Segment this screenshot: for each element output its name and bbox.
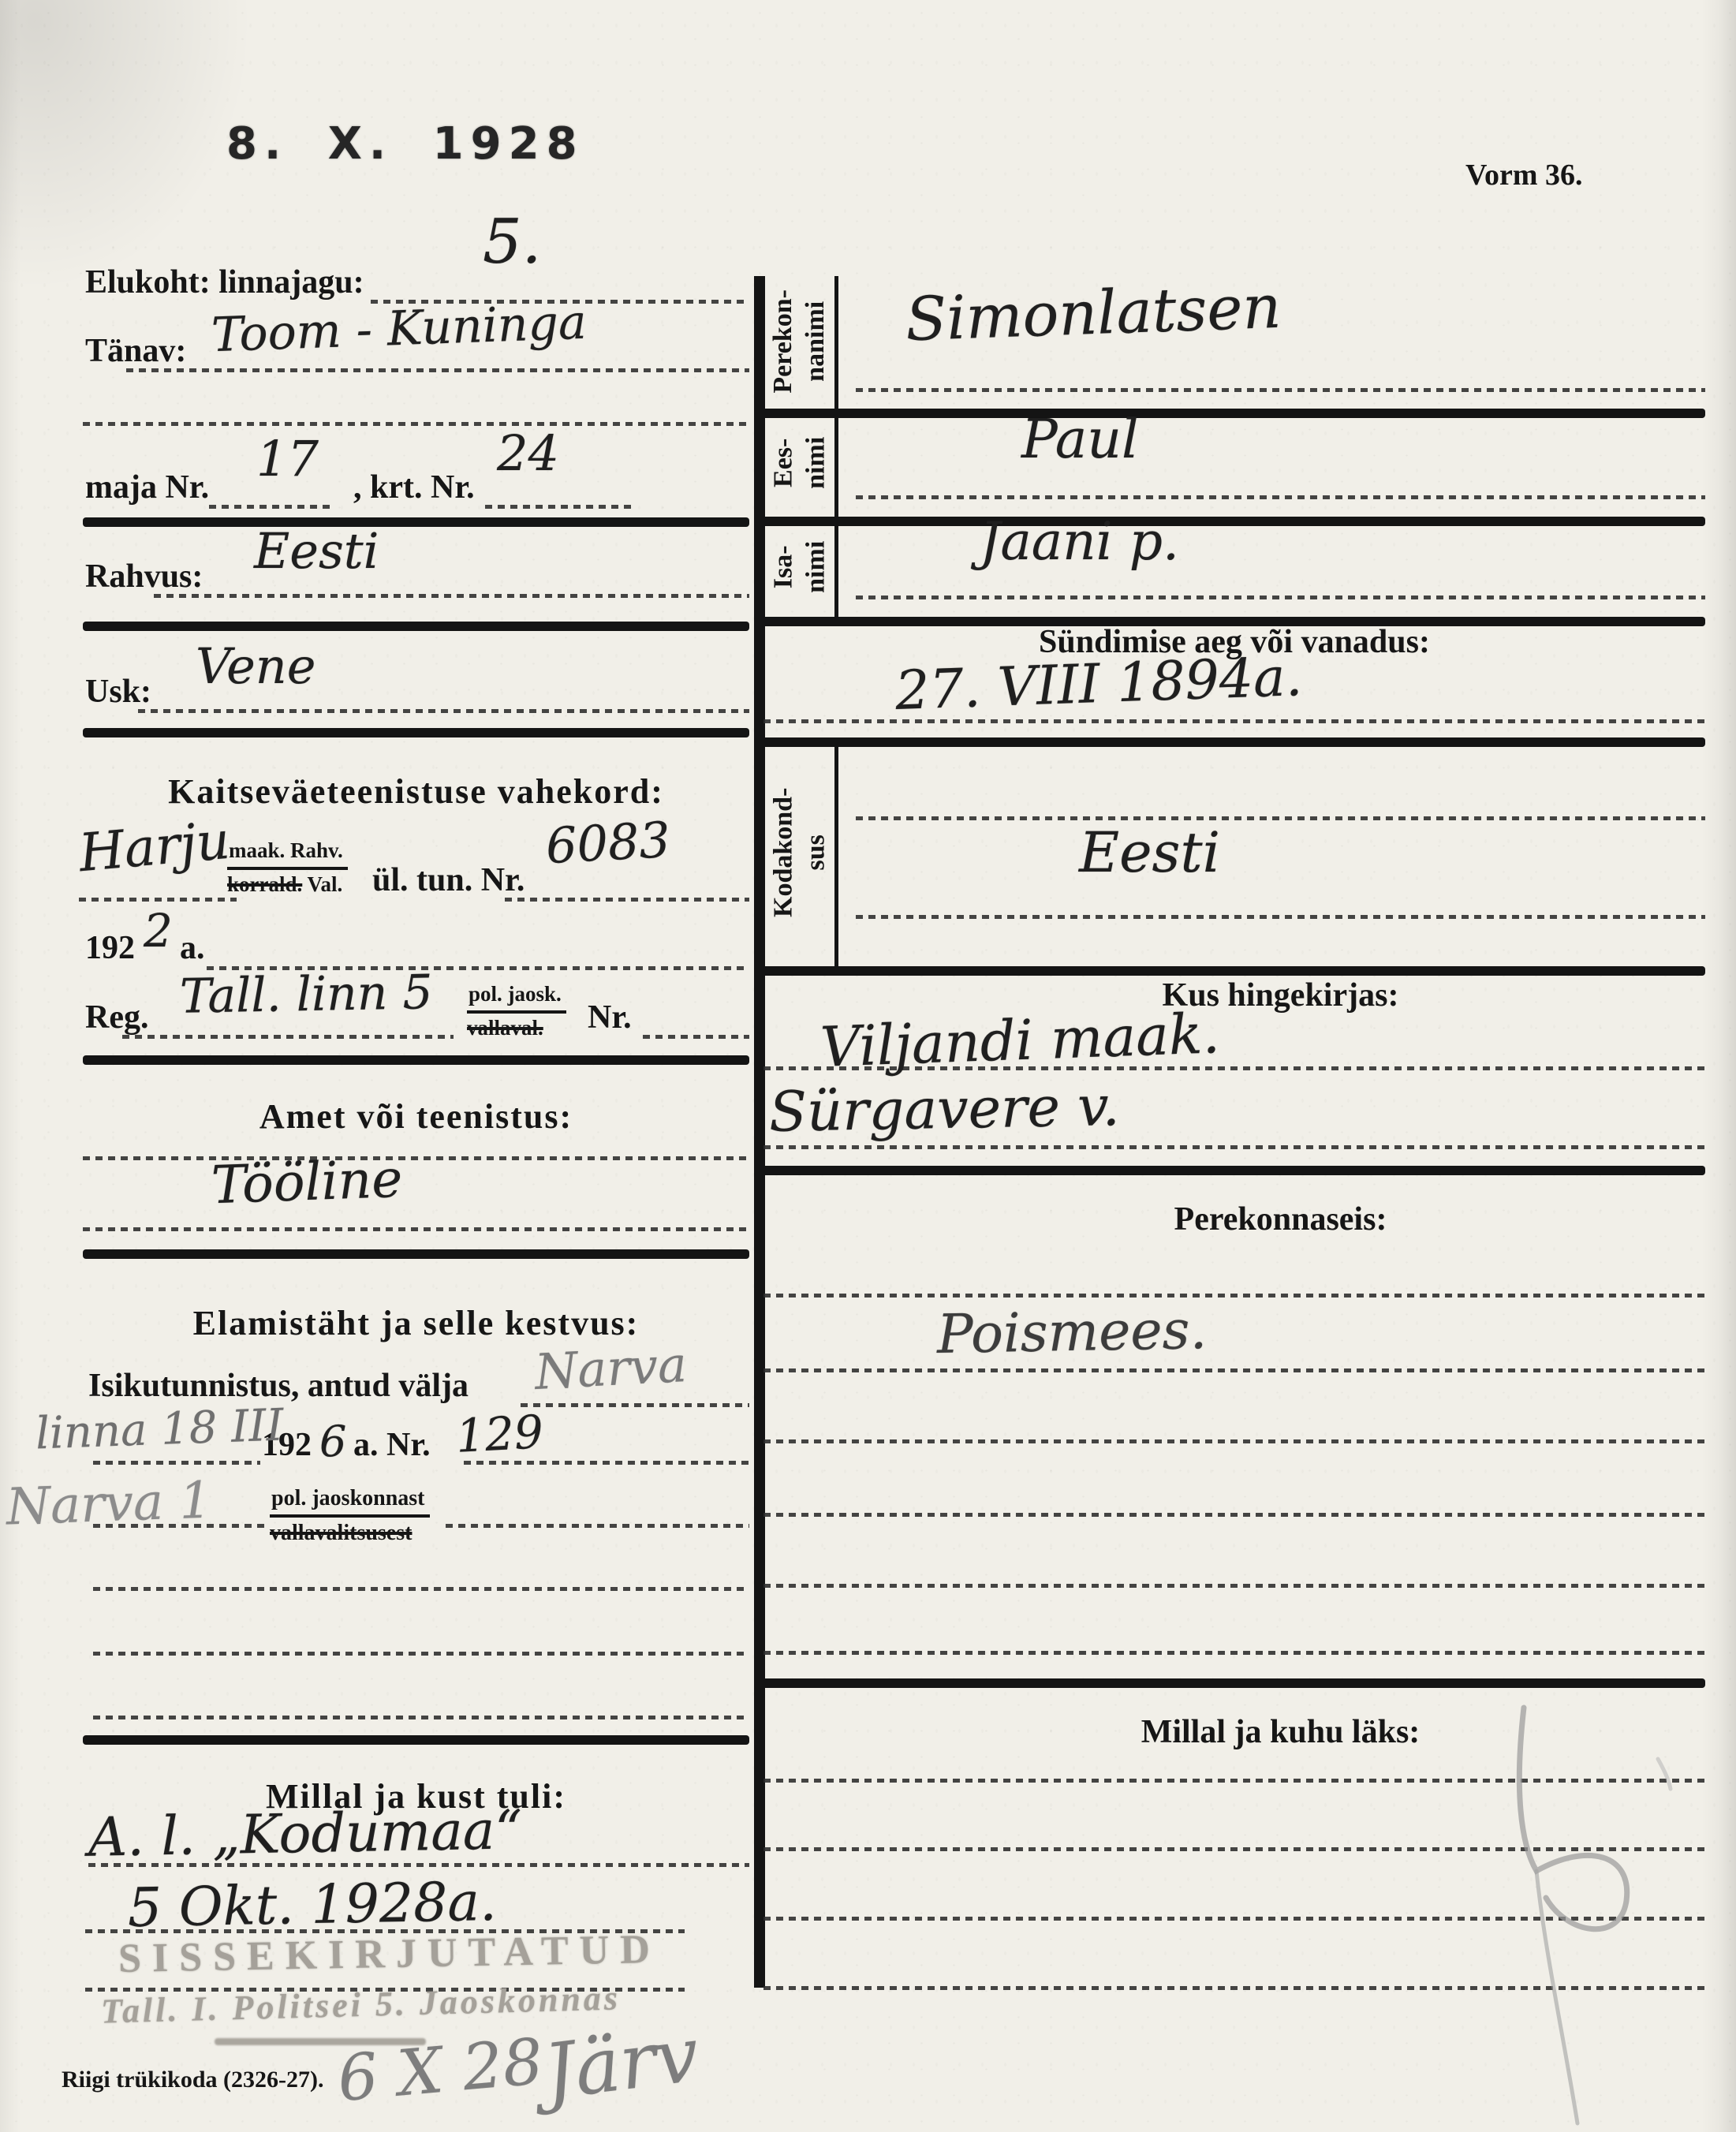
- dotted-line-tanav: [126, 368, 749, 372]
- dotted-line-rahvus: [154, 594, 749, 598]
- perekonnaseis-value: Poismees.: [936, 1299, 1207, 1366]
- form-number: Vorm 36.: [1465, 158, 1582, 192]
- military-prefix-value: Harju: [77, 810, 232, 883]
- dotted-line-kodakondsus-bottom: [856, 915, 1705, 919]
- dotted-line-krt: [485, 505, 635, 509]
- rule-below-eesnimi: [754, 517, 1705, 526]
- rule-below-isanimi: [754, 617, 1705, 626]
- kodakondsus-value: Eesti: [1079, 820, 1220, 885]
- field-label-isanimi: Isa- nimi: [762, 519, 838, 614]
- field-label-kodakondsus: Kodakond- sus: [762, 741, 838, 964]
- rule-below-perekonnaseis: [754, 1678, 1705, 1688]
- dotted-line-isik2-a: [93, 1461, 260, 1465]
- dotted-line-tanav2: [83, 422, 749, 426]
- dotted-line-blank2: [93, 1652, 749, 1656]
- reg-label: Reg.: [85, 999, 148, 1036]
- office-stamp-line2: Tall. I. Politsei 5. Jaoskonnas: [100, 1977, 621, 2031]
- military-option-top: maak. Rahv.: [227, 838, 348, 870]
- dotted-line-perekonnaseis-top: [763, 1294, 1705, 1297]
- dotted-line-rblank1: [763, 1439, 1705, 1443]
- perekonnaseis-heading: Perekonnaseis:: [856, 1200, 1705, 1238]
- tuli-value-line1: A. l. „Kodumaa“: [88, 1799, 522, 1869]
- military-option-bottom-struck: korrald.: [227, 872, 302, 896]
- rule-below-sundimise: [754, 737, 1705, 747]
- dotted-line-laks3: [763, 1917, 1705, 1921]
- dotted-line-hingekirjas2: [763, 1145, 1705, 1149]
- dotted-line-military-a: [79, 898, 237, 902]
- tanav-label: Tänav:: [85, 332, 186, 370]
- dotted-line-eesnimi: [856, 495, 1705, 499]
- dotted-line-amet-top: [83, 1156, 749, 1160]
- dotted-line-military-b: [505, 898, 749, 902]
- dotted-line-rblank3: [763, 1584, 1705, 1588]
- hingekirjas-value-line2: Sürgavere v.: [768, 1073, 1120, 1144]
- military-ul-tun-label: ül. tun. Nr.: [372, 861, 525, 899]
- field-label-eesnimi: Ees- nimi: [762, 412, 838, 514]
- dotted-line-reg-a: [122, 1035, 454, 1039]
- isik-year-value: 6: [319, 1417, 346, 1466]
- sundimise-value: 27. VIII 1894a.: [894, 646, 1304, 722]
- dotted-line-perekonnanimi: [856, 388, 1705, 392]
- reg-nr-label: Nr.: [588, 999, 632, 1036]
- amet-heading: Amet või teenistus:: [83, 1096, 749, 1137]
- dotted-line-maja: [209, 505, 331, 509]
- isanimi-value: Jaani p.: [980, 511, 1179, 572]
- maja-value: 17: [256, 430, 319, 487]
- dotted-line-laks1: [763, 1779, 1705, 1783]
- military-option-bottom-rest: Val.: [302, 872, 342, 896]
- kodakondsus-label-text: Kodakond- sus: [767, 788, 832, 917]
- dotted-line-perekonnaseis-bottom: [763, 1368, 1705, 1372]
- elukoht-label: Elukoht: linnajagu:: [85, 263, 364, 301]
- isik-option-bottom: vallavalitsusest: [270, 1518, 430, 1547]
- rahvus-label: Rahvus:: [85, 558, 203, 596]
- dotted-line-laks4: [763, 1986, 1705, 1990]
- office-stamp-underline: [215, 2038, 426, 2045]
- linnajagu-value: 5.: [483, 207, 541, 278]
- rahvus-value: Eesti: [254, 522, 379, 580]
- rule-below-hingekirjas: [754, 1166, 1705, 1175]
- reg-option-stack: pol. jaosk. vallaval.: [467, 981, 566, 1042]
- dotted-line-kodakondsus-top: [856, 816, 1705, 820]
- military-year-prefix: 192: [85, 929, 135, 967]
- military-option-bottom: korrald. Val.: [227, 870, 348, 898]
- reg-option-top: pol. jaosk.: [467, 981, 566, 1014]
- dotted-line-isik3-b: [446, 1524, 749, 1528]
- laks-heading: Millal ja kuhu läks:: [856, 1713, 1705, 1751]
- rule-below-military: [83, 1055, 749, 1065]
- field-label-perekonnanimi: Perekon- nanimi: [762, 276, 838, 406]
- dotted-line-rblank4: [763, 1651, 1705, 1655]
- dotted-line-blank1: [93, 1587, 749, 1591]
- rule-below-elamistaht: [83, 1735, 749, 1745]
- pencil-signature: Järv: [539, 2010, 704, 2116]
- tanav-value: Toom - Kuninga: [211, 295, 588, 364]
- reg-option-bottom: vallaval.: [467, 1014, 566, 1042]
- rule-below-usk: [83, 728, 749, 737]
- printer-imprint: Riigi trükikoda (2326-27).: [62, 2067, 324, 2093]
- military-nr-value: 6083: [544, 811, 671, 875]
- office-stamp-line1: SISSEKIRJUTATUD: [118, 1926, 662, 1982]
- rule-below-amet: [83, 1249, 749, 1259]
- isanimi-label-text: Isa- nimi: [767, 540, 832, 592]
- amet-value: Tööline: [211, 1148, 404, 1215]
- dotted-line-reg-b: [643, 1035, 749, 1039]
- isik-option-stack: pol. jaoskonnast vallavalitsusest: [270, 1484, 430, 1547]
- isik-value-pencil: Narva: [533, 1335, 688, 1401]
- rule-below-perekonnanimi: [754, 409, 1705, 418]
- isik-year-suffix: a. Nr.: [353, 1426, 431, 1464]
- dotted-line-isik2-b: [464, 1461, 749, 1465]
- military-heading: Kaitseväeteenistuse vahekord:: [83, 771, 749, 812]
- dotted-line-amet-bottom: [83, 1227, 749, 1231]
- dotted-line-isik: [521, 1403, 749, 1407]
- military-year-value: 2: [144, 904, 173, 958]
- perekonnanimi-value: Simonlatsen: [905, 271, 1282, 355]
- dotted-line-blank3: [93, 1716, 749, 1719]
- maja-label: maja Nr.: [85, 469, 209, 506]
- isik-option-top: pol. jaoskonnast: [270, 1484, 430, 1518]
- isik-line2-pencil: linna 18 III: [35, 1400, 285, 1460]
- military-year-suffix: a.: [180, 929, 205, 967]
- date-stamp: 8. X. 1928: [226, 118, 584, 170]
- krt-value: 24: [497, 424, 559, 482]
- scanned-registration-card: { "page": { "date_stamp": "8. X. 1928", …: [0, 0, 1736, 2132]
- dotted-line-laks2: [763, 1847, 1705, 1851]
- rule-below-rahvus: [83, 622, 749, 631]
- dotted-line-rblank2: [763, 1513, 1705, 1517]
- rule-below-maja: [83, 517, 749, 527]
- perekonnanimi-label-text: Perekon- nanimi: [767, 289, 832, 394]
- krt-label: , krt. Nr.: [353, 469, 475, 506]
- isik-nr-value: 129: [454, 1405, 544, 1463]
- dotted-line-usk: [138, 709, 749, 713]
- military-option-stack: maak. Rahv. korrald. Val.: [227, 838, 348, 898]
- dotted-line-isanimi: [856, 596, 1705, 599]
- reg-value: Tall. linn 5: [179, 965, 433, 1025]
- usk-value: Vene: [196, 637, 315, 695]
- rule-below-kodakondsus: [754, 966, 1705, 976]
- eesnimi-label-text: Ees- nimi: [767, 437, 832, 489]
- eesnimi-value: Paul: [1021, 409, 1139, 471]
- isik-line3-pencil: Narva 1: [6, 1471, 213, 1536]
- usk-label: Usk:: [85, 673, 151, 711]
